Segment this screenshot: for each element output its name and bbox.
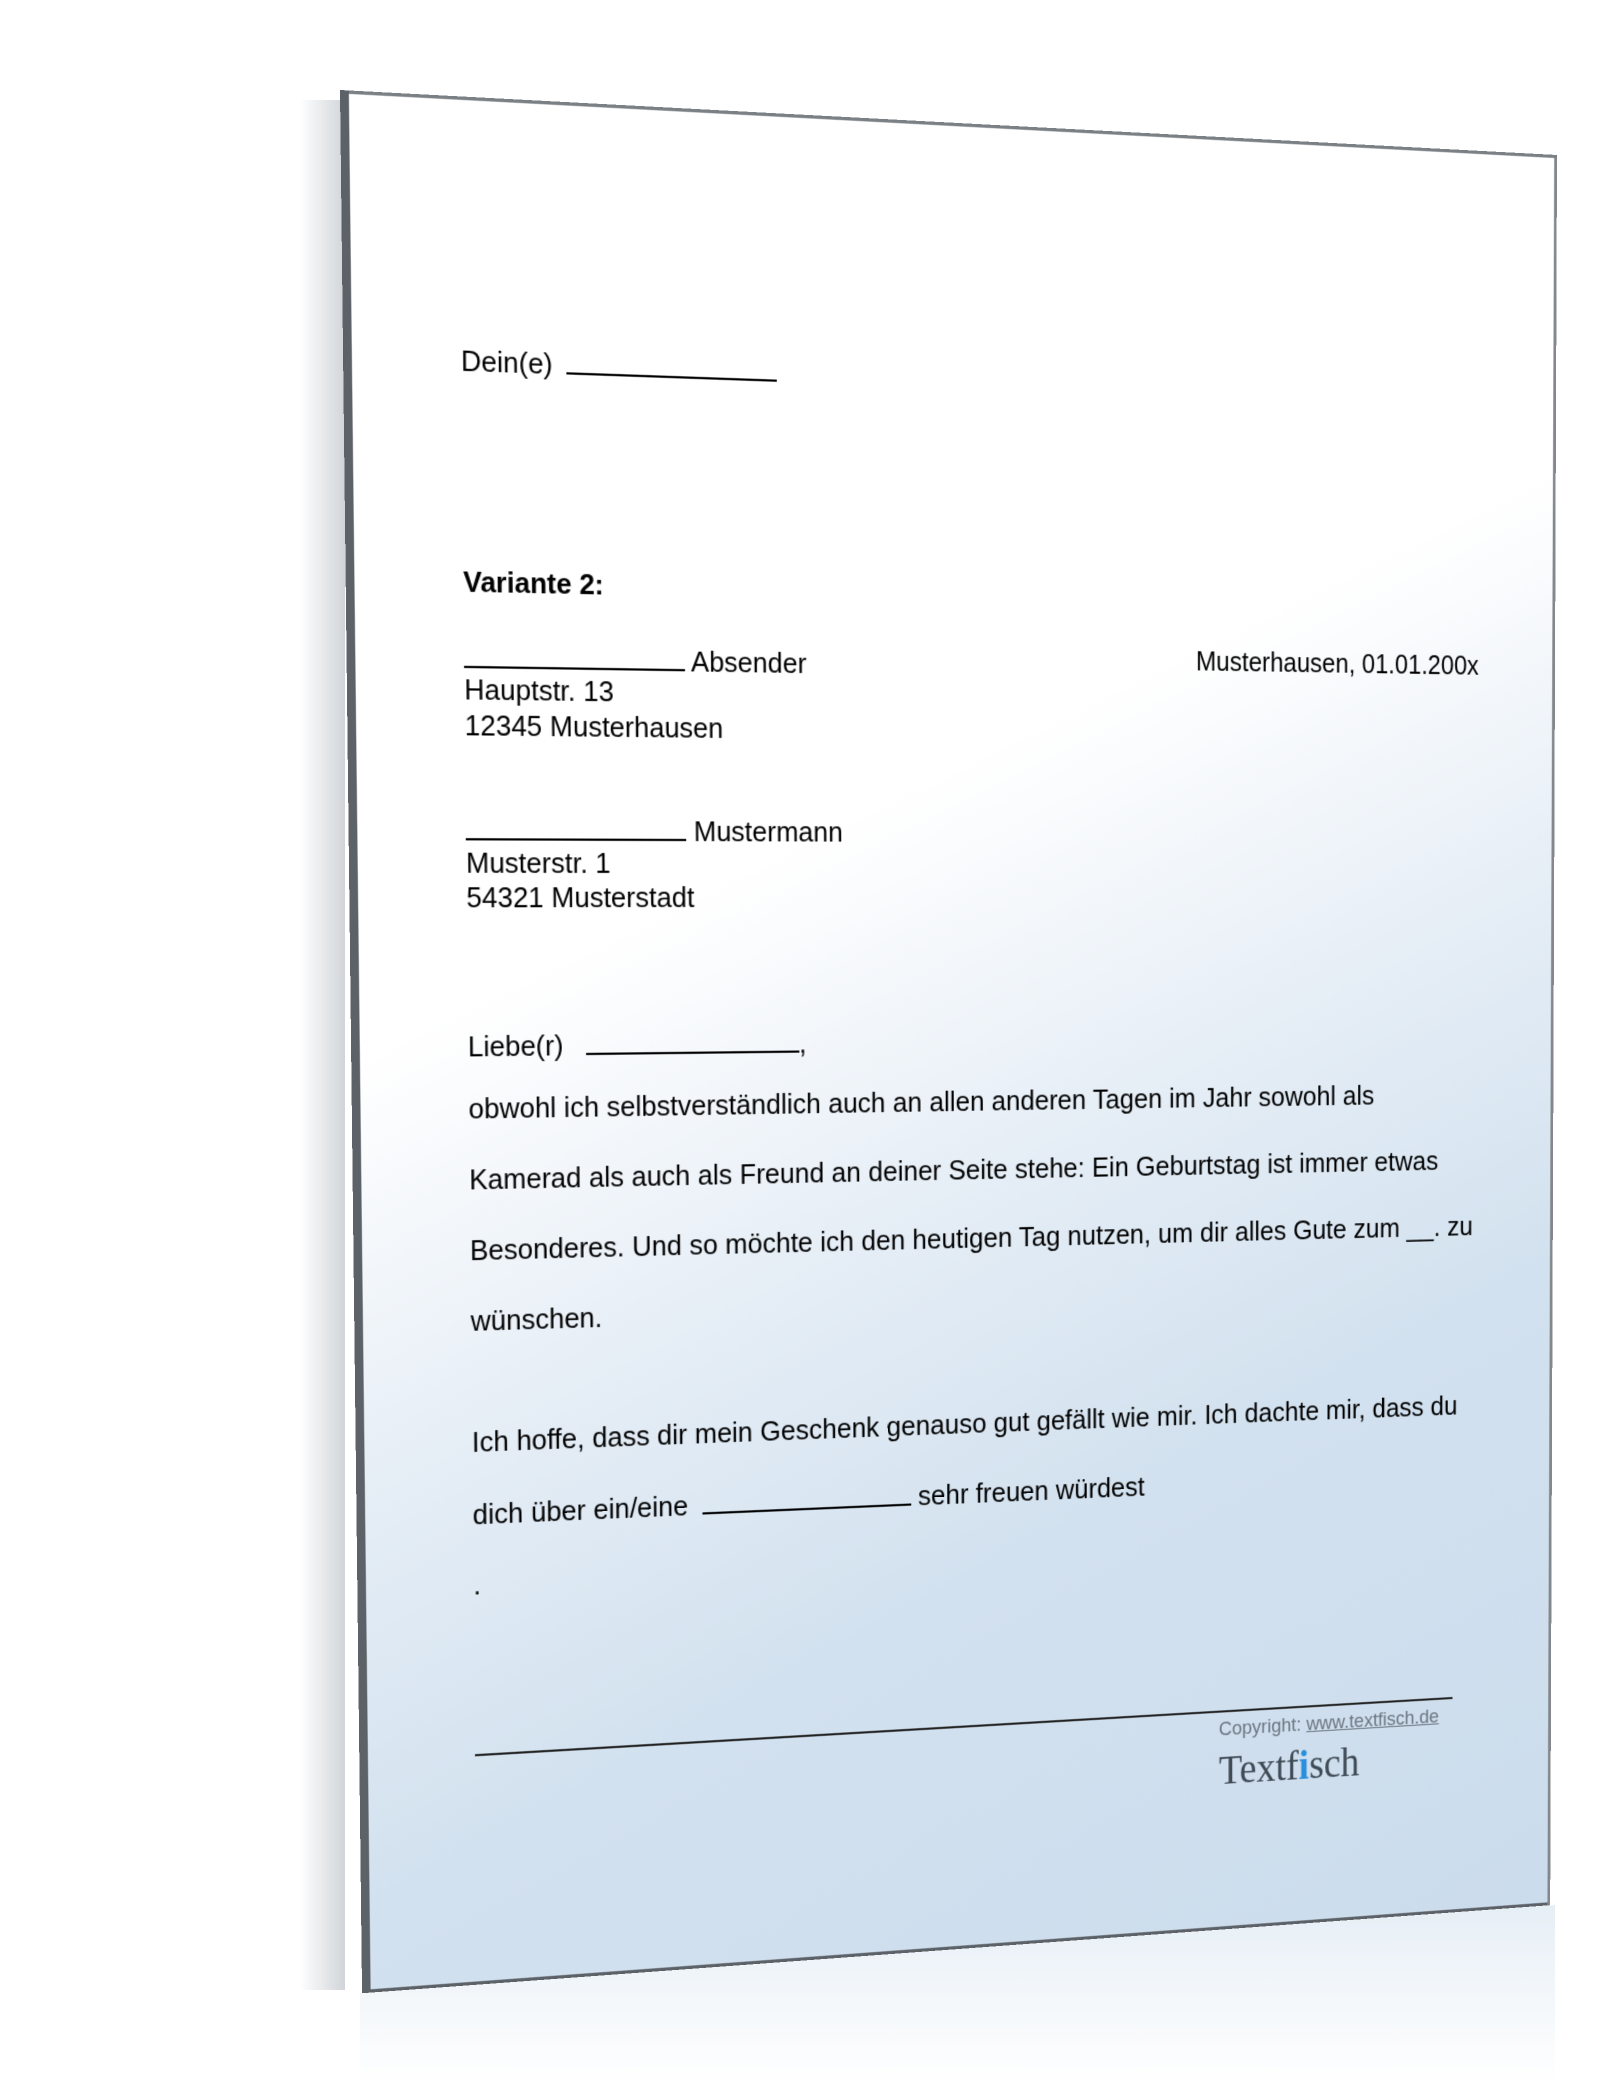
copyright-link[interactable]: www.textfisch.de — [1306, 1706, 1439, 1735]
recipient-name-blank — [466, 811, 687, 841]
copyright-notice: Copyright: www.textfisch.de — [1219, 1706, 1439, 1742]
closing-label: Dein(e) — [461, 344, 553, 381]
gift-text-before: dich über ein/eine — [472, 1489, 688, 1531]
closing-name-blank — [567, 345, 778, 382]
salutation-comma: , — [799, 1027, 807, 1060]
gift-blank — [702, 1478, 911, 1515]
closing-line: Dein(e) — [461, 341, 778, 388]
page-shadow-left — [300, 100, 345, 1990]
salutation-line: Liebe(r) , — [468, 1024, 807, 1063]
recipient-name-line: Mustermann — [466, 811, 843, 848]
paragraph1-line1: obwohl ich selbstverständlich auch an al… — [468, 1079, 1374, 1125]
recipient-city: 54321 Musterstadt — [466, 881, 694, 914]
logo-text-start: Textf — [1219, 1742, 1299, 1793]
paragraph2-line1: Ich hoffe, dass dir mein Geschenk genaus… — [472, 1390, 1458, 1459]
fish-icon: i — [1299, 1741, 1310, 1788]
recipient-name-suffix: Mustermann — [694, 815, 843, 848]
salutation-name-blank — [586, 1024, 800, 1055]
date-line: Musterhausen, 01.01.200x — [1196, 646, 1479, 682]
salutation-label: Liebe(r) — [468, 1029, 564, 1063]
gift-text-after: sehr freuen würdest — [918, 1470, 1145, 1511]
recipient-street: Musterstr. 1 — [466, 846, 611, 880]
letter-page: Dein(e) Variante 2: Absender Hauptstr. 1… — [340, 90, 1557, 1993]
paragraph2-line3: . — [473, 1568, 481, 1601]
document-preview: Dein(e) Variante 2: Absender Hauptstr. 1… — [0, 0, 1600, 2100]
sender-name-suffix: Absender — [691, 645, 807, 680]
paragraph2-line2: dich über ein/eine sehr freuen würdest — [472, 1468, 1144, 1531]
textfisch-logo: Textfisch — [1219, 1737, 1360, 1794]
sender-name-blank — [464, 639, 685, 671]
variant-heading: Variante 2: — [463, 565, 604, 601]
sender-city: 12345 Musterhausen — [464, 708, 723, 744]
paragraph1-line4: wünschen. — [470, 1301, 602, 1338]
paragraph1-line3: Besonderes. Und so möchte ich den heutig… — [470, 1210, 1473, 1267]
paragraph1-line2: Kamerad als auch als Freund an deiner Se… — [469, 1145, 1438, 1196]
sender-street: Hauptstr. 13 — [464, 673, 614, 708]
copyright-label: Copyright: — [1219, 1714, 1302, 1741]
logo-text-end: sch — [1309, 1738, 1359, 1787]
